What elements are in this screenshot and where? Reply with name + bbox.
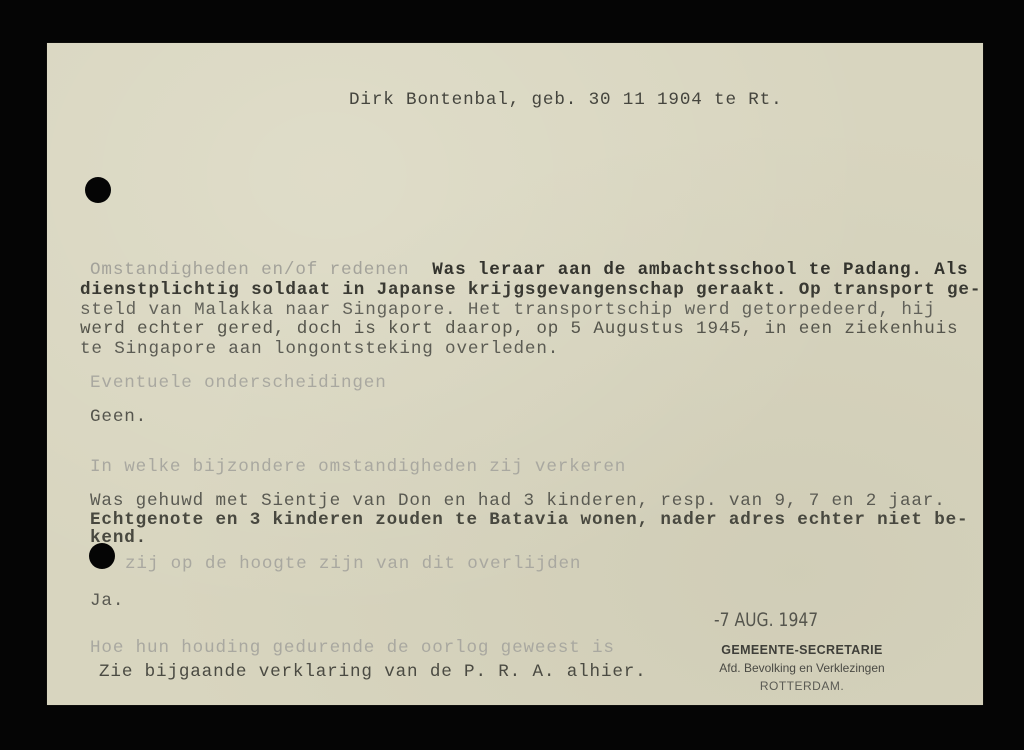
circumstances-line: werd echter gered, doch is kort daarop, …: [80, 319, 958, 339]
circumstances-line: te Singapore aan longontsteking overlede…: [80, 339, 559, 359]
punch-hole: [85, 177, 111, 203]
card-heading: Dirk Bontenbal, geb. 30 11 1904 te Rt.: [349, 90, 783, 110]
family-line: Echtgenote en 3 kinderen zouden te Batav…: [90, 510, 968, 530]
stamp-office: GEMEENTE-SECRETARIE: [687, 643, 917, 657]
archive-index-card: Dirk Bontenbal, geb. 30 11 1904 te Rt. O…: [47, 43, 983, 705]
stamp-department: Afd. Bevolking en Verklezingen: [687, 661, 917, 675]
field-label-decorations: Eventuele onderscheidingen: [90, 373, 387, 393]
war-conduct-value: Zie bijgaande verklaring van de P. R. A.…: [99, 662, 647, 682]
circumstances-line: steld van Malakka naar Singapore. Het tr…: [80, 300, 936, 320]
field-label-circumstances: Omstandigheden en/of redenen: [90, 260, 409, 280]
circumstances-line: Was leraar aan de ambachtsschool te Pada…: [432, 260, 968, 280]
field-label-awareness: zij op de hoogte zijn van dit overlijden: [125, 554, 581, 574]
stamp-city: ROTTERDAM.: [687, 679, 917, 693]
circumstances-first-line: Omstandigheden en/of redenen Was leraar …: [90, 260, 968, 280]
family-line: Was gehuwd met Sientje van Don en had 3 …: [90, 491, 946, 511]
family-line: kend.: [90, 528, 147, 548]
field-label-war-conduct: Hoe hun houding gedurende de oorlog gewe…: [90, 638, 615, 658]
awareness-value: Ja.: [90, 591, 124, 611]
circumstances-line: dienstplichtig soldaat in Japanse krijgs…: [80, 280, 981, 300]
decorations-value: Geen.: [90, 407, 147, 427]
field-label-family-circumstances: In welke bijzondere omstandigheden zij v…: [90, 457, 626, 477]
stamp-date: -7 AUG. 1947: [714, 609, 862, 631]
